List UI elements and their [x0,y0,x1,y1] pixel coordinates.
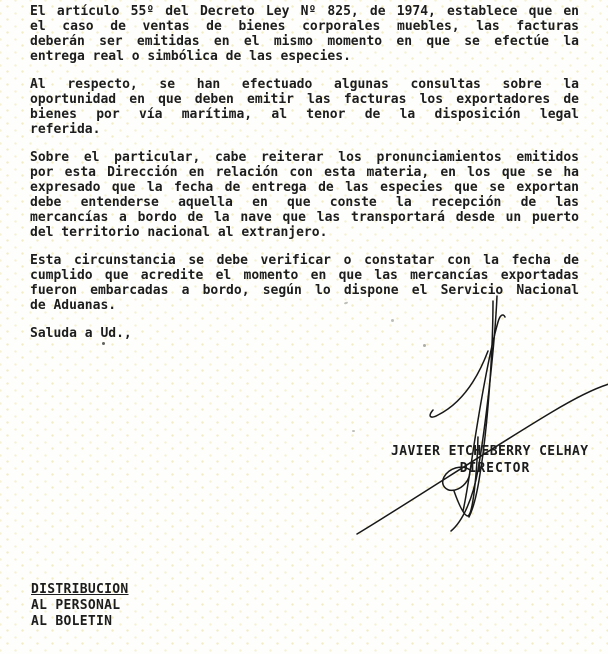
text-line: Sobre el particular, cabe reiterar los p… [30,150,579,165]
scan-speck [423,344,426,347]
text-line: del territorio nacional al extranjero. [30,225,579,240]
text-line: El artículo 55º del Decreto Ley Nº 825, … [30,4,579,19]
signature-block: JAVIER ETCHEBERRY CELHAY DIRECTOR [391,444,599,476]
distribution-heading: DISTRIBUCION [31,582,129,598]
signature-title: DIRECTOR [391,461,599,476]
text-line: debe entenderse aquella en que conste la… [30,195,579,210]
scan-speck [352,430,355,432]
text-line: bienes por vía marítima, al tenor de la … [30,107,579,122]
scanned-letter-page: { "letter": { "paragraphs": [ { "lines":… [0,0,608,654]
letter-body: El artículo 55º del Decreto Ley Nº 825, … [30,4,579,341]
text-line: cumplido que acredite el momento en que … [30,268,579,283]
closing-salutation: Saluda a Ud., [30,326,579,341]
text-line: mercancías a bordo de la nave que las tr… [30,210,579,225]
text-line: por esta Dirección en relación con esta … [30,165,579,180]
text-line: Esta circunstancia se debe verificar o c… [30,253,579,268]
distribution-item: AL BOLETIN [31,614,129,630]
scan-speck [391,319,394,322]
paragraph: Al respecto, se han efectuado algunas co… [30,77,579,137]
signature-name: JAVIER ETCHEBERRY CELHAY [391,444,599,459]
text-line: oportunidad en que deben emitir las fact… [30,92,579,107]
paragraph: Esta circunstancia se debe verificar o c… [30,253,579,313]
text-line: referida. [30,122,579,137]
text-line: deberán ser emitidas en el mismo momento… [30,34,579,49]
paragraph: Sobre el particular, cabe reiterar los p… [30,150,579,240]
distribution-item: AL PERSONAL [31,598,129,614]
text-line: de Aduanas. [30,298,579,313]
text-line: entrega real o simbólica de las especies… [30,49,579,64]
text-line: Al respecto, se han efectuado algunas co… [30,77,579,92]
scan-speck [102,342,105,345]
text-line: fueron embarcadas a bordo, según lo disp… [30,283,579,298]
paragraph: El artículo 55º del Decreto Ley Nº 825, … [30,4,579,64]
text-line: el caso de ventas de bienes corporales m… [30,19,579,34]
text-line: expresado que la fecha de entrega de las… [30,180,579,195]
distribution-list: DISTRIBUCION AL PERSONAL AL BOLETIN [31,582,129,630]
